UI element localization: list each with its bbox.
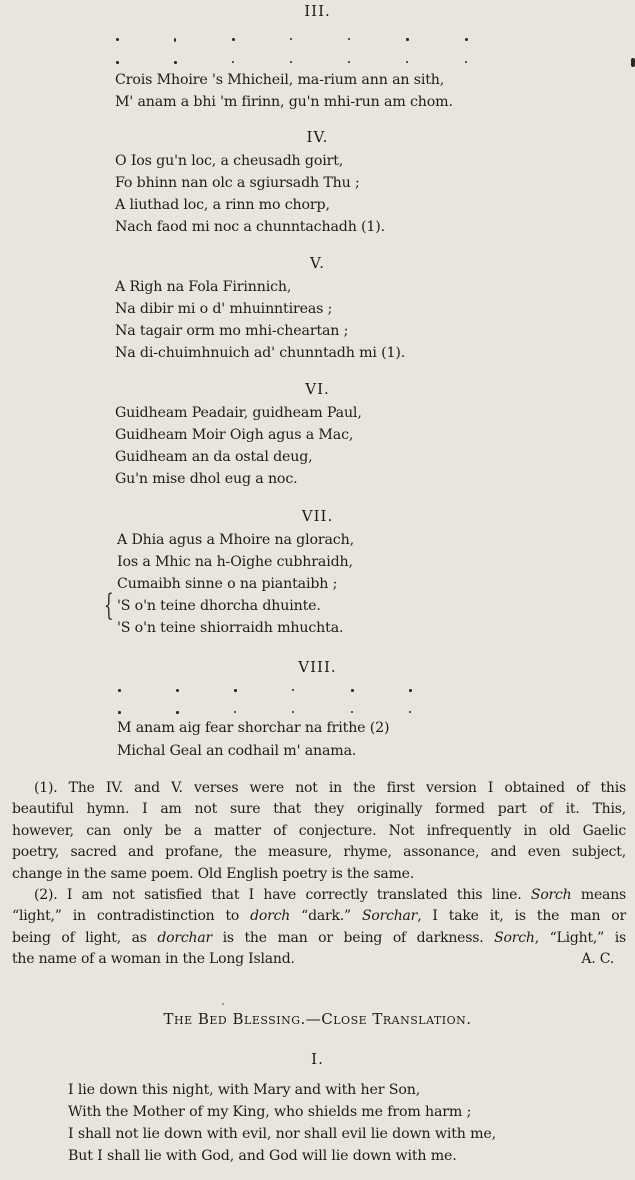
signature: A. C. xyxy=(581,949,614,970)
footnote-line: being of light, as dorchar is the man or… xyxy=(12,928,626,949)
footnote-line: however, can only be a matter of conject… xyxy=(12,821,626,842)
verse-line: I lie down this night, with Mary and wit… xyxy=(68,1079,420,1101)
verse-line: Na dibir mi o d' mhuinntireas ; xyxy=(115,298,332,320)
verse-line: Gu'n mise dhol eug a noc. xyxy=(115,468,297,490)
book-page: III. Crois Mhoire 's Mhicheil, ma-rium a… xyxy=(0,0,635,1180)
stanza-numeral-iv: IV. xyxy=(0,128,635,146)
verse-line: With the Mother of my King, who shields … xyxy=(68,1101,471,1123)
verse-line: Crois Mhoire 's Mhicheil, ma-rium ann an… xyxy=(115,69,444,91)
verse-line: A Dhia agus a Mhoire na glorach, xyxy=(117,529,354,551)
footnote-line: change in the same poem. Old English poe… xyxy=(12,864,626,885)
stanza-numeral-iii: III. xyxy=(0,2,635,20)
verse-line: I shall not lie down with evil, nor shal… xyxy=(68,1123,496,1145)
stanza-numeral-v: V. xyxy=(0,254,635,272)
footnote-1: (1). The IV. and V. verses were not in t… xyxy=(12,778,626,885)
verse-line: Ios a Mhic na h-Oighe cubhraidh, xyxy=(117,551,353,573)
verse-line: M anam aig fear shorchar na frithe (2) xyxy=(117,717,389,739)
verse-line: Nach faod mi noc a chunntachadh (1). xyxy=(115,216,385,238)
verse-line: Guidheam Peadair, guidheam Paul, xyxy=(115,402,362,424)
verse-line: 'S o'n teine shiorraidh mhuchta. xyxy=(117,617,343,639)
verse-line: A liuthad loc, a rinn mo chorp, xyxy=(115,194,330,216)
footnote-2: (2). I am not satisfied that I have corr… xyxy=(12,885,626,971)
ellipsis-row xyxy=(118,689,478,695)
ellipsis-row xyxy=(115,61,475,67)
verse-line: Fo bhinn nan olc a sgiursadh Thu ; xyxy=(115,172,360,194)
verse-line: M' anam a bhi 'm firinn, gu'n mhi-run am… xyxy=(115,91,453,113)
brace-bracket: { xyxy=(104,591,114,621)
footnote-line: (2). I am not satisfied that I have corr… xyxy=(12,885,626,906)
verse-line: 'S o'n teine dhorcha dhuinte. xyxy=(117,595,321,617)
footnote-line: “light,” in contradistinction to dorch “… xyxy=(12,906,626,927)
footnote-line: (1). The IV. and V. verses were not in t… xyxy=(12,778,626,799)
stanza-numeral-viii: VIII. xyxy=(0,658,635,676)
footnote-line: beautiful hymn. I am not sure that they … xyxy=(12,799,626,820)
stanza-numeral-i: I. xyxy=(0,1050,635,1068)
verse-line: Guidheam Moir Oigh agus a Mac, xyxy=(115,424,353,446)
verse-line: Guidheam an da ostal deug, xyxy=(115,446,313,468)
speck xyxy=(222,1003,224,1005)
footnote-line: poetry, sacred and profane, the measure,… xyxy=(12,842,626,863)
ellipsis-row xyxy=(115,38,475,44)
stanza-numeral-vii: VII. xyxy=(0,507,635,525)
stanza-numeral-vi: VI. xyxy=(0,380,635,398)
verse-line: Na di-chuimhnuich ad' chunntadh mi (1). xyxy=(115,342,405,364)
verse-line: Na tagair orm mo mhi-cheartan ; xyxy=(115,320,348,342)
verse-line: Michal Geal an codhail m' anama. xyxy=(117,740,356,762)
section-title: The Bed Blessing.—Close Translation. xyxy=(0,1010,635,1028)
verse-line: A Righ na Fola Firinnich, xyxy=(115,276,291,298)
margin-mark xyxy=(631,58,635,67)
verse-line: But I shall lie with God, and God will l… xyxy=(68,1145,457,1167)
verse-line: O Ios gu'n loc, a cheusadh goirt, xyxy=(115,150,343,172)
footnote-line: the name of a woman in the Long Island.A… xyxy=(12,949,626,970)
verse-line: Cumaibh sinne o na piantaibh ; xyxy=(117,573,337,595)
